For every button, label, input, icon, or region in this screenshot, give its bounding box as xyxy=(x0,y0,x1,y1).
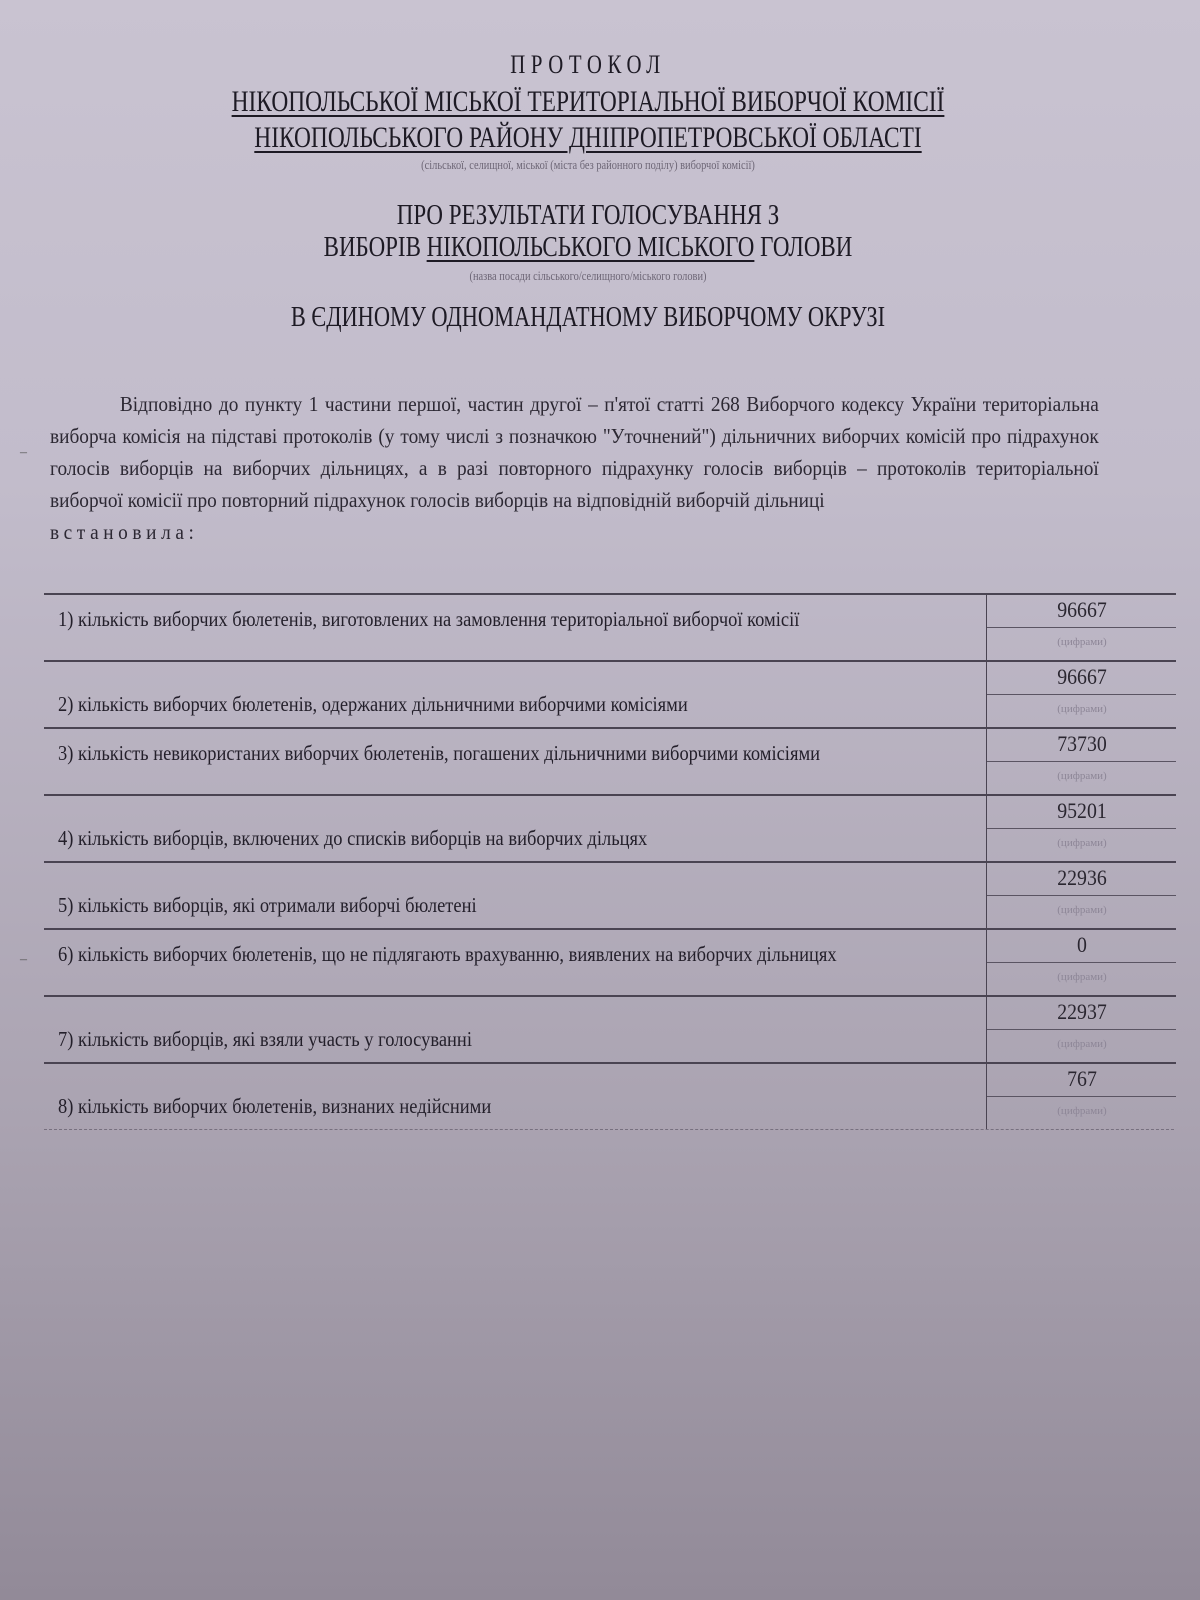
commission-line-2: НІКОПОЛЬСЬКОГО РАЙОНУ ДНІПРОПЕТРОВСЬКОЇ … xyxy=(254,121,921,154)
established-label: встановила: xyxy=(50,520,198,544)
value-caption: (цифрами) xyxy=(987,761,1176,794)
row-label: 5) кількість виборців, які отримали вибо… xyxy=(58,891,850,919)
margin-mark: – xyxy=(20,952,27,968)
value-caption: (цифрами) xyxy=(987,694,1176,727)
value-cell: 22937(цифрами) xyxy=(986,997,1176,1062)
row-value: 95201 xyxy=(997,798,1168,824)
preamble-paragraph: Відповідно до пункту 1 частини першої, ч… xyxy=(50,388,1099,548)
value-cell: 96667(цифрами) xyxy=(986,662,1176,727)
election-prefix: ВИБОРІВ xyxy=(324,232,421,263)
protocol-page: ПРОТОКОЛ НІКОПОЛЬСЬКОЇ МІСЬКОЇ ТЕРИТОРІА… xyxy=(0,0,1176,1600)
row-value: 0 xyxy=(997,932,1168,958)
row-label: 6) кількість виборчих бюлетенів, що не п… xyxy=(58,940,850,968)
table-row: 8) кількість виборчих бюлетенів, визнани… xyxy=(44,1062,1176,1130)
table-row: 4) кількість виборців, включених до спис… xyxy=(44,794,1176,861)
row-label: 3) кількість невикористаних виборчих бюл… xyxy=(58,739,850,767)
table-row: 1) кількість виборчих бюлетенів, виготов… xyxy=(44,593,1176,660)
row-value: 96667 xyxy=(997,597,1168,623)
margin-mark: – xyxy=(20,445,27,461)
value-cell: 767(цифрами) xyxy=(986,1064,1176,1129)
preamble-text: Відповідно до пункту 1 частини першої, ч… xyxy=(50,392,1099,512)
commission-note: (сільської, селищної, міської (міста без… xyxy=(118,157,1059,173)
row-label: 7) кількість виборців, які взяли участь … xyxy=(58,1025,850,1053)
table-row: 7) кількість виборців, які взяли участь … xyxy=(44,995,1176,1062)
table-row: 6) кількість виборчих бюлетенів, що не п… xyxy=(44,928,1176,995)
table-row: 3) кількість невикористаних виборчих бюл… xyxy=(44,727,1176,794)
election-suffix: ГОЛОВИ xyxy=(760,232,852,263)
value-cell: 22936(цифрами) xyxy=(986,863,1176,928)
value-caption: (цифрами) xyxy=(987,1096,1176,1129)
row-value: 73730 xyxy=(997,731,1168,757)
election-position: НІКОПОЛЬСЬКОГО МІСЬКОГО xyxy=(427,232,755,263)
value-caption: (цифрами) xyxy=(987,1029,1176,1062)
value-cell: 95201(цифрами) xyxy=(986,796,1176,861)
value-caption: (цифрами) xyxy=(987,627,1176,660)
row-label: 8) кількість виборчих бюлетенів, визнани… xyxy=(58,1092,850,1120)
district-heading: В ЄДИНОМУ ОДНОМАНДАТНОМУ ВИБОРЧОМУ ОКРУЗ… xyxy=(118,302,1059,334)
value-cell: 73730(цифрами) xyxy=(986,729,1176,794)
value-cell: 96667(цифрами) xyxy=(986,595,1176,660)
value-cell: 0(цифрами) xyxy=(986,930,1176,995)
table-row: 5) кількість виборців, які отримали вибо… xyxy=(44,861,1176,928)
value-caption: (цифрами) xyxy=(987,828,1176,861)
row-value: 767 xyxy=(997,1066,1168,1092)
row-value: 22936 xyxy=(997,865,1168,891)
row-label: 4) кількість виборців, включених до спис… xyxy=(58,824,850,852)
row-value: 22937 xyxy=(997,999,1168,1025)
commission-name: НІКОПОЛЬСЬКОЇ МІСЬКОЇ ТЕРИТОРІАЛЬНОЇ ВИБ… xyxy=(129,84,1046,156)
table-row: 2) кількість виборчих бюлетенів, одержан… xyxy=(44,660,1176,727)
election-heading: ВИБОРІВ НІКОПОЛЬСЬКОГО МІСЬКОГО ГОЛОВИ xyxy=(106,232,1070,264)
results-table: 1) кількість виборчих бюлетенів, виготов… xyxy=(44,593,1176,1130)
row-label: 2) кількість виборчих бюлетенів, одержан… xyxy=(58,690,850,718)
value-caption: (цифрами) xyxy=(987,962,1176,995)
value-caption: (цифрами) xyxy=(987,895,1176,928)
row-value: 96667 xyxy=(997,664,1168,690)
commission-line-1: НІКОПОЛЬСЬКОЇ МІСЬКОЇ ТЕРИТОРІАЛЬНОЇ ВИБ… xyxy=(232,85,945,118)
position-note: (назва посади сільського/селищного/міськ… xyxy=(118,268,1059,284)
row-label: 1) кількість виборчих бюлетенів, виготов… xyxy=(58,605,850,633)
results-heading: ПРО РЕЗУЛЬТАТИ ГОЛОСУВАННЯ З xyxy=(106,200,1070,232)
document-title: ПРОТОКОЛ xyxy=(118,50,1059,80)
